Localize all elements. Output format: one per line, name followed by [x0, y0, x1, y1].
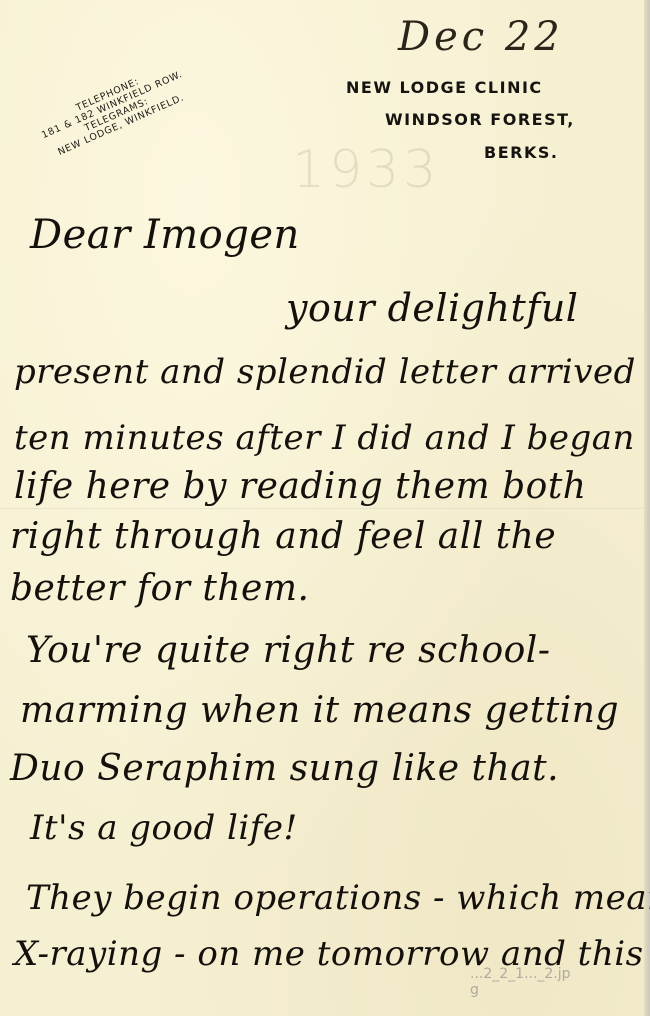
paper-fold-crease: [0, 508, 644, 510]
handwritten-date: Dec 22: [398, 14, 564, 60]
letter-line: better for them.: [10, 568, 309, 609]
watermark-text: ...2_2_1..._2.jp: [470, 966, 580, 982]
letter-line: ten minutes after I did and I began: [14, 418, 635, 458]
filename-watermark: ...2_2_1..._2.jp g: [470, 966, 580, 998]
letter-line: present and splendid letter arrived: [14, 352, 636, 392]
salutation: Dear Imogen: [30, 212, 300, 258]
letter-line: right through and feel all the: [10, 516, 556, 557]
letter-line: They begin operations - which means: [26, 878, 650, 918]
letterhead-address-line2: BERKS.: [484, 143, 558, 162]
letterhead-name: NEW LODGE CLINIC: [346, 78, 543, 97]
page-edge: [644, 0, 650, 1016]
letter-line: Duo Seraphim sung like that.: [10, 748, 559, 789]
letter-line: your delightful: [286, 286, 578, 330]
letterhead-address-line1: WINDSOR FOREST,: [385, 110, 575, 129]
letter-line: marming when it means getting: [20, 690, 619, 731]
pencil-year-annotation: 1933: [292, 140, 440, 200]
letter-line: life here by reading them both: [14, 466, 587, 507]
letter-line: It's a good life!: [30, 808, 298, 848]
watermark-text-line2: g: [470, 982, 580, 998]
letter-line: You're quite right re school-: [26, 630, 550, 671]
